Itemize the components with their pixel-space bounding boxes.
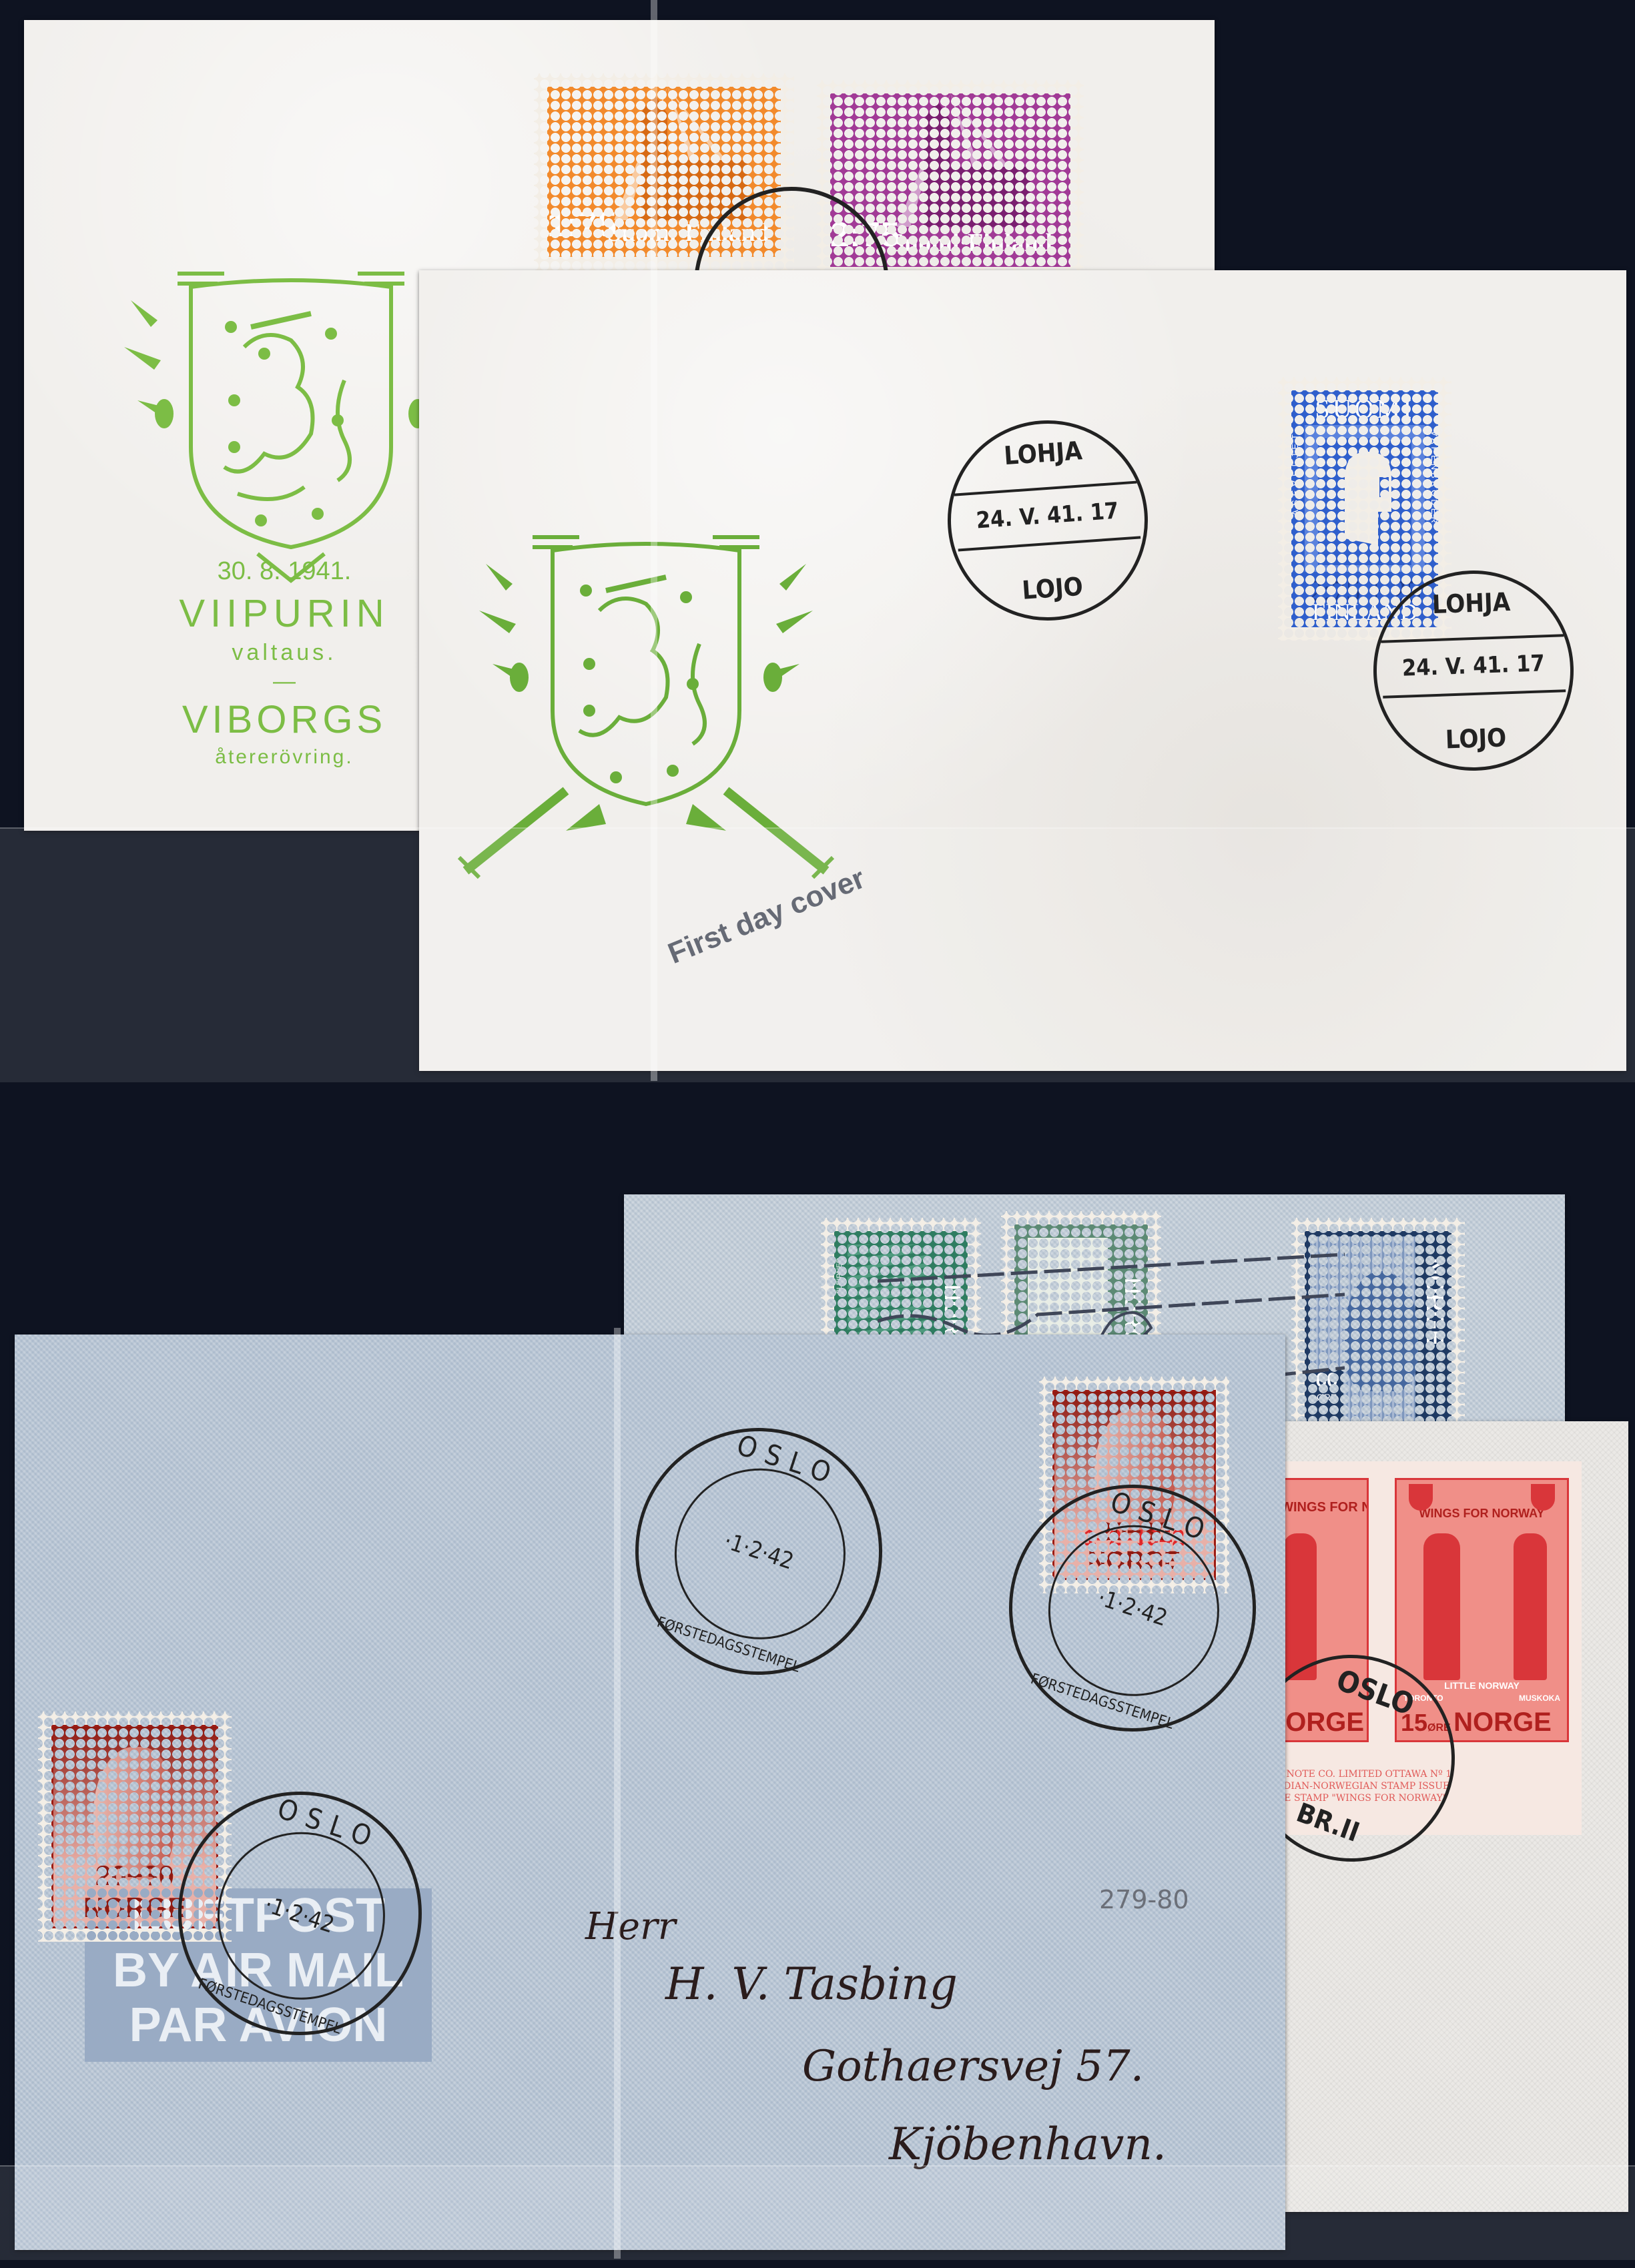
cachet-line2: valtaus. xyxy=(144,640,424,666)
stamp-country: NORGE xyxy=(1418,1258,1449,1346)
address-name: H. V. Tasbing xyxy=(665,1958,958,2010)
postmark-oslo-forstedag: OSLO ·1·2·42 FØRSTEDAGSSTEMPEL xyxy=(977,1453,1288,1764)
postmark-oslo-forstedag: OSLO ·1·2·42 FØRSTEDAGSSTEMPEL xyxy=(603,1396,914,1707)
cachet-line1: VIIPURIN xyxy=(144,591,424,636)
coat-of-arms-icon xyxy=(1531,1484,1555,1511)
cachet-divider: — xyxy=(144,669,424,695)
cachet-date: 30. 8. 1941. xyxy=(144,557,424,586)
cachet-text: 30. 8. 1941. VIIPURIN valtaus. — VIBORGS… xyxy=(144,557,424,769)
pencil-note: 279-80 xyxy=(1099,1885,1189,1914)
cover-wings-for-norway: WINGS FOR NORWAY NORGE WINGS FOR NORWAY … xyxy=(1255,1421,1628,2212)
postmark-lohja: LOHJA 24. V. 41. 17 LOJO xyxy=(1370,567,1577,774)
stamp-country-top: SUOMI xyxy=(1291,393,1438,424)
pilot-figure-icon xyxy=(1423,1533,1460,1680)
finnish-coat-of-arms-icon xyxy=(446,524,846,897)
coat-of-arms-icon xyxy=(1409,1484,1433,1511)
stamp-country: Suomi·Finland xyxy=(890,228,1052,258)
address-salutation: Herr xyxy=(585,1905,676,1948)
address-street: Gothaersvej 57. xyxy=(802,2042,1144,2091)
stamp-value: 1:75 xyxy=(547,205,607,252)
helmet-icon xyxy=(1305,425,1425,572)
castle-icon xyxy=(857,93,1044,234)
soldier-figure-icon xyxy=(1514,1533,1547,1680)
stamp-caption: SLEIPNER xyxy=(836,1258,848,1294)
king-portrait-icon xyxy=(1345,1271,1418,1391)
stamp-side-left: ASEVELJET xyxy=(1291,430,1303,516)
cover-airmail-oslo: LUFTPOST BY AIR MAIL PAR AVION 20+30 NOR… xyxy=(15,1335,1285,2250)
cover-aseveljet-fdc: SUOMI ASEVELJET VAPENBRÖDER 2:75 + 25 FI… xyxy=(419,270,1626,1071)
cachet-line4: återerövring. xyxy=(144,746,424,769)
address-city: Kjöbenhavn. xyxy=(889,2119,1167,2170)
stamp-side-right: VAPENBRÖDER xyxy=(1426,430,1438,526)
cachet-line3: VIBORGS xyxy=(144,697,424,742)
postmark-lohja: LOHJA 24. V. 41. 17 LOJO xyxy=(941,414,1155,627)
